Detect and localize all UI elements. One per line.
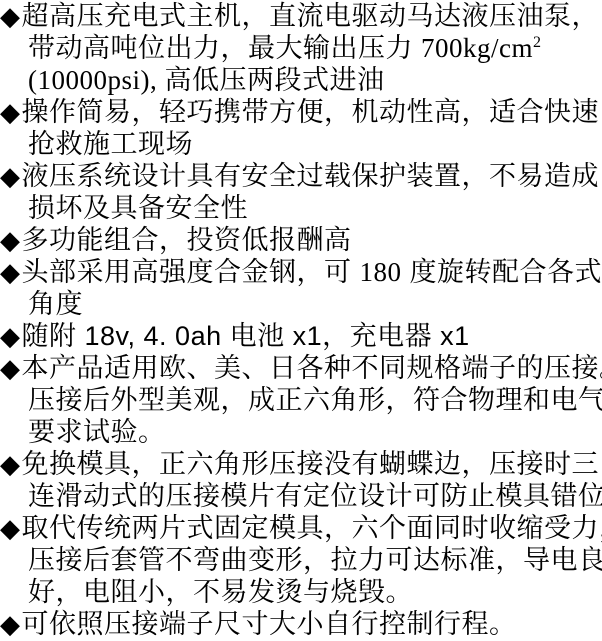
diamond-bullet-icon: ◆ <box>0 98 21 128</box>
line-text: 取代传统两片式固定模具，六个面同时收缩受力， <box>22 513 602 543</box>
line-text: 免换模具，正六角形压接没有蝴蝶边，压接时三 <box>22 449 600 479</box>
line-text: 压接后套管不弯曲变形，拉力可达标准，导电良 <box>28 545 602 575</box>
line-text-latin: 180 <box>360 257 402 287</box>
feature-line: 角度 <box>0 289 602 321</box>
feature-line: ◆免换模具，正六角形压接没有蝴蝶边，压接时三 <box>0 449 602 481</box>
diamond-bullet-icon: ◆ <box>0 610 21 640</box>
feature-line: 压接后外型美观，成正六角形，符合物理和电气 <box>0 385 602 417</box>
line-text: 度旋转配合各式 <box>402 257 602 287</box>
line-text: 可依照压接端子尺寸大小自行控制行程。 <box>22 609 517 639</box>
line-text: 多功能组合，投资低报酬高 <box>22 225 352 255</box>
line-text: 压接后外型美观，成正六角形，符合物理和电气 <box>28 385 602 415</box>
line-text: 角度 <box>28 289 83 319</box>
feature-line: ◆本产品适用欧、美、日各种不同规格端子的压接。 <box>0 353 602 385</box>
feature-line: ◆头部采用高强度合金钢，可 180 度旋转配合各式 <box>0 257 602 289</box>
feature-line: ◆取代传统两片式固定模具，六个面同时收缩受力， <box>0 513 602 545</box>
line-text: 头部采用高强度合金钢，可 <box>22 257 360 287</box>
line-text: 要求试验。 <box>28 417 166 447</box>
line-text: 抢救施工现场 <box>28 129 193 159</box>
feature-line: ◆多功能组合，投资低报酬高 <box>0 225 602 257</box>
line-text: 高低压两段式进油 <box>165 65 385 95</box>
line-text-latin: 700kg/cm <box>421 33 533 63</box>
diamond-bullet-icon: ◆ <box>0 514 21 544</box>
line-text: 本产品适用欧、美、日各种不同规格端子的压接。 <box>22 353 602 383</box>
line-text: 液压系统设计具有安全过载保护装置，不易造成 <box>22 161 600 191</box>
feature-line: 抢救施工现场 <box>0 129 602 161</box>
line-text: 操作简易，轻巧携带方便，机动性高，适合快速 <box>22 97 600 127</box>
line-text: 带动高吨位出力，最大输出压力 <box>28 33 421 63</box>
feature-line: ◆超高压充电式主机，直流电驱动马达液压油泵， <box>0 1 602 33</box>
diamond-bullet-icon: ◆ <box>0 450 21 480</box>
diamond-bullet-icon: ◆ <box>0 258 21 288</box>
feature-list: ◆超高压充电式主机，直流电驱动马达液压油泵， 带动高吨位出力，最大输出压力 70… <box>0 0 602 641</box>
diamond-bullet-icon: ◆ <box>0 322 21 352</box>
diamond-bullet-icon: ◆ <box>0 226 21 256</box>
line-text: 好，电阻小，不易发烫与烧毁。 <box>28 577 413 607</box>
diamond-bullet-icon: ◆ <box>0 354 21 384</box>
feature-line: 压接后套管不弯曲变形，拉力可达标准，导电良 <box>0 545 602 577</box>
line-text: 连滑动式的压接模片有定位设计可防止模具错位。 <box>28 481 602 511</box>
feature-line: 好，电阻小，不易发烫与烧毁。 <box>0 577 602 609</box>
feature-line: (10000psi), 高低压两段式进油 <box>0 65 602 97</box>
feature-line: ◆液压系统设计具有安全过载保护装置，不易造成 <box>0 161 602 193</box>
line-text: 损坏及具备安全性 <box>28 193 248 223</box>
feature-line: ◆可依照压接端子尺寸大小自行控制行程。 <box>0 609 602 641</box>
feature-line: ◆随附 18v, 4. 0ah 电池 x1，充电器 x1 <box>0 321 602 353</box>
feature-line: 要求试验。 <box>0 417 602 449</box>
line-text-latin: (10000psi), <box>28 65 165 95</box>
diamond-bullet-icon: ◆ <box>0 162 21 192</box>
superscript: 2 <box>533 34 542 51</box>
line-text: 随附 18v, 4. 0ah 电池 x1，充电器 x1 <box>22 321 470 351</box>
feature-line: ◆操作简易，轻巧携带方便，机动性高，适合快速 <box>0 97 602 129</box>
feature-line: 带动高吨位出力，最大输出压力 700kg/cm2 <box>0 33 602 65</box>
line-text: 超高压充电式主机，直流电驱动马达液压油泵， <box>22 1 600 31</box>
diamond-bullet-icon: ◆ <box>0 2 21 32</box>
feature-line: 连滑动式的压接模片有定位设计可防止模具错位。 <box>0 481 602 513</box>
feature-line: 损坏及具备安全性 <box>0 193 602 225</box>
